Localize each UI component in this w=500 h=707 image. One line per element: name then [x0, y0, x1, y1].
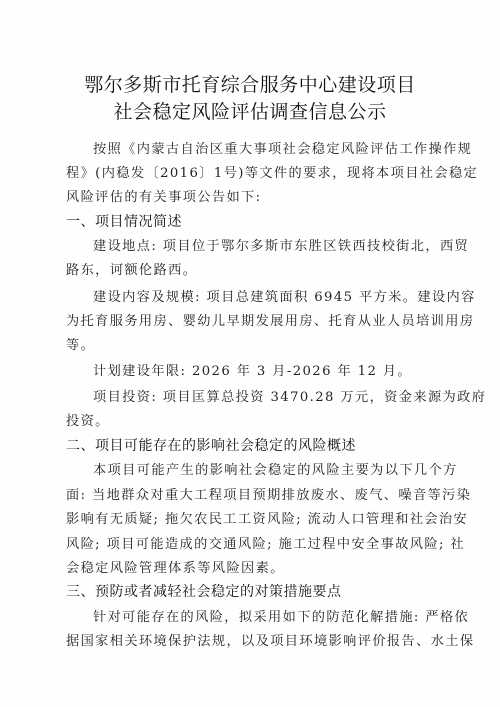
investment-line-1: 项目投资: 项目匡算总投资 3470.28 万元，资金来源为政府	[93, 390, 463, 406]
section1-heading: 一、项目情况简述	[66, 214, 182, 230]
intro-line-3: 风险评估的有关事项公告如下:	[66, 190, 436, 206]
document-title-line1: 鄂尔多斯市托育综合服务中心建设项目	[0, 70, 500, 97]
investment-line-2: 投资。	[66, 414, 436, 430]
section2-line-5: 会稳定风险管理体系等风险因素。	[66, 561, 436, 577]
scale-line-2: 为托育服务用房、婴幼儿早期发展用房、托育从业人员培训用房	[66, 314, 436, 330]
document-page: 鄂尔多斯市托育综合服务中心建设项目 社会稳定风险评估调查信息公示 按照《内蒙古自…	[0, 0, 500, 707]
section3-heading: 三、预防或者减轻社会稳定的对策措施要点	[66, 584, 342, 600]
scale-line-1: 建设内容及规模: 项目总建筑面积 6945 平方米。建设内容	[93, 290, 463, 306]
section2-line-2: 面: 当地群众对重大工程项目预期排放废水、废气、噪音等污染	[66, 488, 436, 504]
period-line: 计划建设年限: 2026 年 3 月-2026 年 12 月。	[93, 364, 463, 380]
section2-line-1: 本项目可能产生的影响社会稳定的风险主要为以下几个方	[93, 463, 463, 479]
intro-line-2: 程》(内稳发〔2016〕1号)等文件的要求，现将本项目社会稳定	[66, 166, 436, 182]
section3-line-1: 针对可能存在的风险，拟采用如下的防范化解措施: 严格依	[93, 610, 463, 626]
location-line-2: 路东，诃额伦路西。	[66, 263, 436, 279]
section2-line-4: 风险; 项目可能造成的交通风险; 施工过程中安全事故风险; 社	[66, 537, 436, 553]
section3-line-2: 据国家相关环境保护法规，以及项目环境影响评价报告、水土保	[66, 634, 436, 650]
scale-line-3: 等。	[66, 338, 436, 354]
section2-heading: 二、项目可能存在的影响社会稳定的风险概述	[66, 438, 356, 454]
location-line-1: 建设地点: 项目位于鄂尔多斯市东胜区铁西技校街北，西贸	[93, 239, 463, 255]
intro-line-1: 按照《内蒙古自治区重大事项社会稳定风险评估工作操作规	[93, 142, 463, 158]
document-title-line2: 社会稳定风险评估调查信息公示	[0, 97, 500, 124]
section2-line-3: 影响有无质疑; 拖欠农民工工资风险; 流动人口管理和社会治安	[66, 512, 436, 528]
